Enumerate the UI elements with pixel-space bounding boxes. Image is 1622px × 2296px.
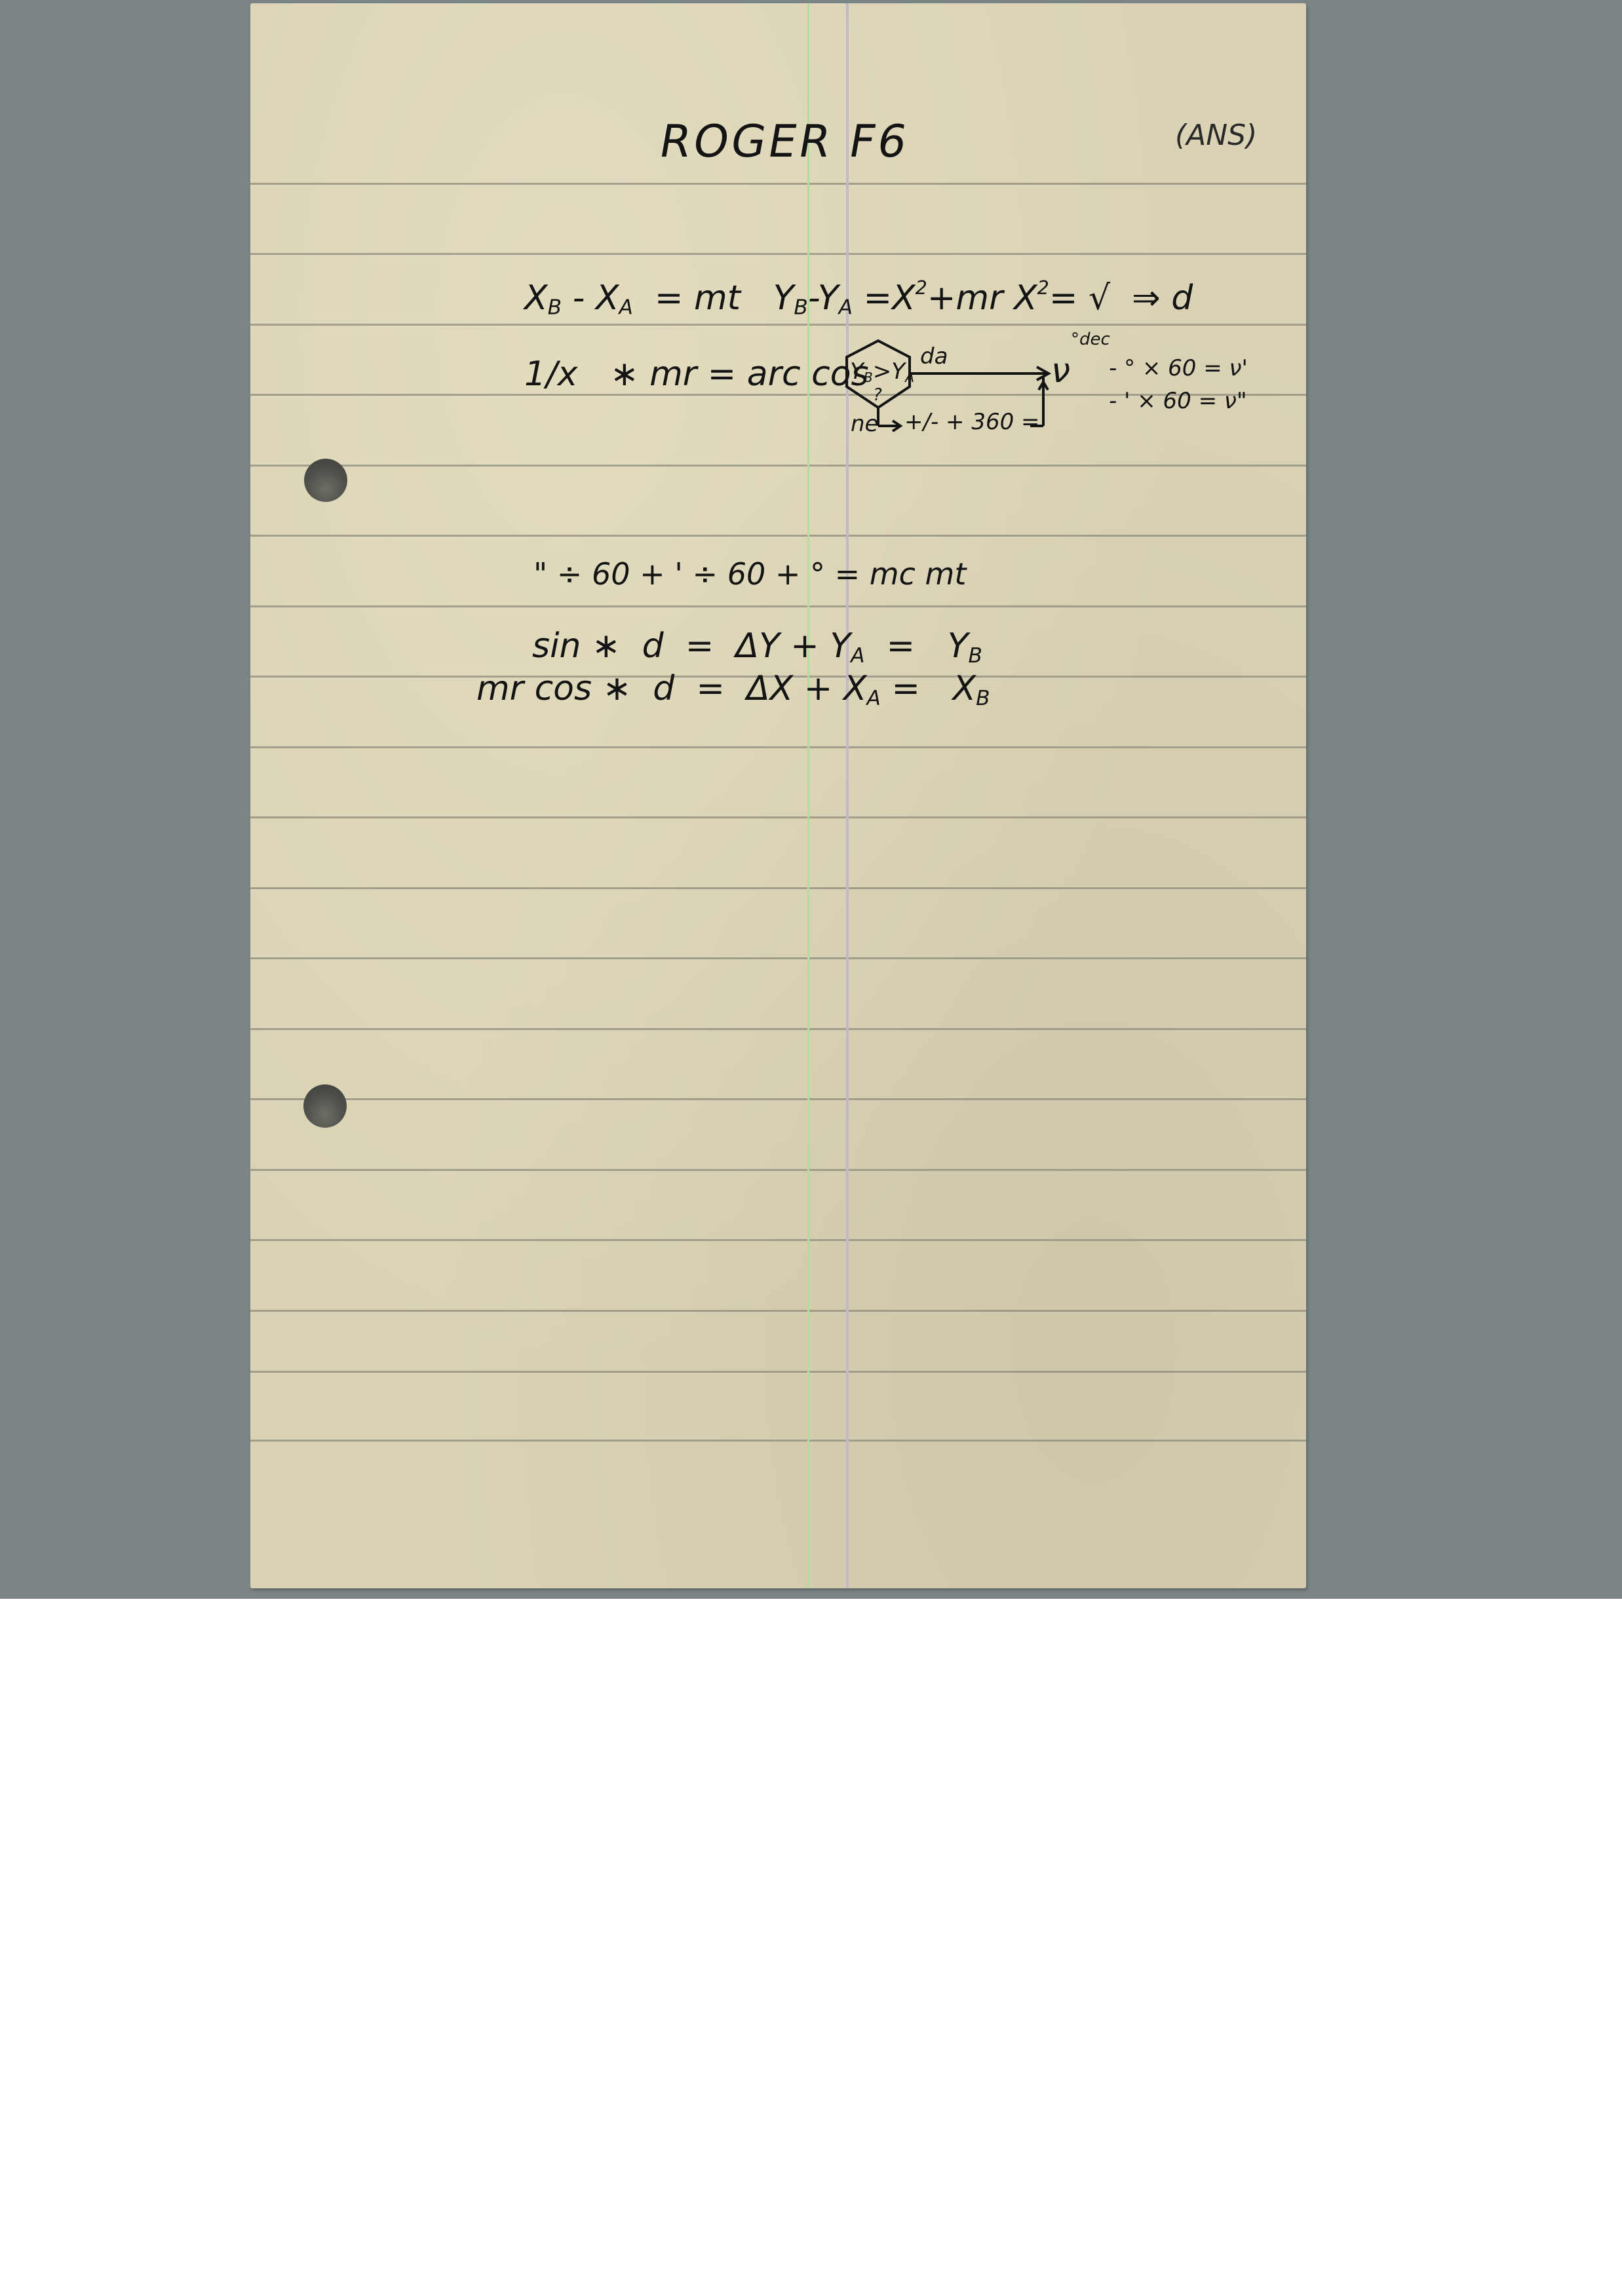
ruled-line <box>250 957 1306 959</box>
formula-line-3: " ÷ 60 + ' ÷ 60 + ° = mc mt <box>533 559 966 589</box>
notebook-page: ROGER F6 (ANS) XB - XA = mt YB-YA =X2+mr… <box>250 3 1306 1588</box>
no-branch-formula: +/- + 360 = <box>904 411 1040 433</box>
decision-condition: YB>YA <box>850 360 914 385</box>
ruled-line <box>250 746 1306 748</box>
yes-label: da <box>920 345 948 368</box>
decision-flowchart <box>250 3 1306 527</box>
ruled-line <box>250 816 1306 818</box>
decision-question-mark: ? <box>873 387 882 404</box>
ruled-line <box>250 605 1306 607</box>
formula-line-5: mr cos ∗ d = ΔX + XA = XB <box>476 672 990 709</box>
degree-to-minute-step: - ° × 60 = ν' <box>1109 357 1248 379</box>
punch-hole-bottom <box>303 1084 347 1128</box>
ruled-line <box>250 1239 1306 1241</box>
ruled-line <box>250 1098 1306 1100</box>
minute-to-second-step: - ' × 60 = ν" <box>1109 390 1247 412</box>
ruled-line <box>250 1169 1306 1171</box>
ruled-line <box>250 535 1306 537</box>
ruled-line <box>250 1440 1306 1442</box>
no-label: ne <box>851 413 878 435</box>
ruled-line <box>250 1371 1306 1373</box>
ruled-line <box>250 887 1306 889</box>
ruled-line <box>250 1310 1306 1312</box>
ruled-line <box>250 1028 1306 1030</box>
result-nu: ν <box>1051 354 1070 388</box>
formula-line-4: sin ∗ d = ΔY + YA = YB <box>532 629 982 666</box>
odec-label: °dec <box>1071 331 1110 348</box>
